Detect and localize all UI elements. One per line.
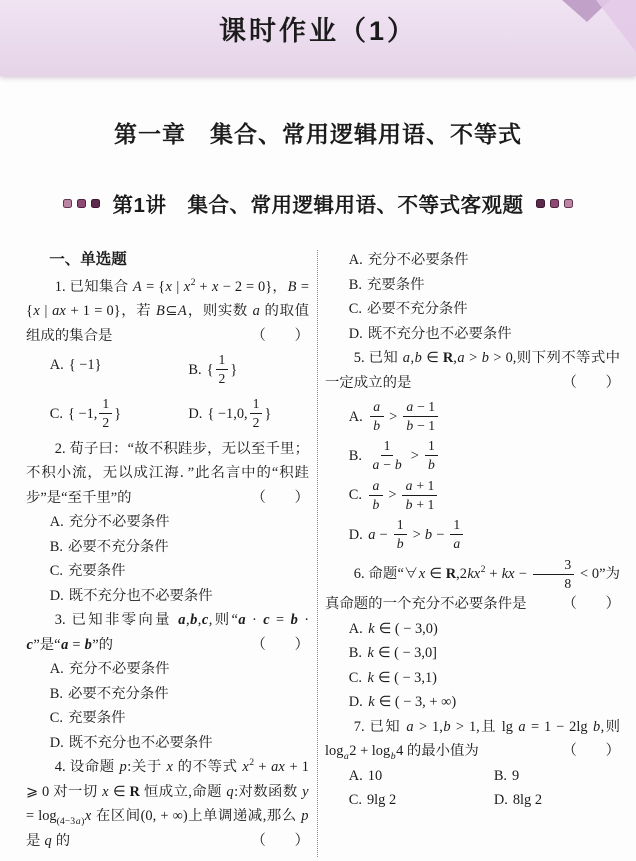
option-b: B.9 (494, 764, 620, 789)
lecture-title-row: 第1讲 集合、常用逻辑用语、不等式客观题 (0, 188, 636, 218)
question-1: 1. 已知集合 A = {x | x2 + x − 2 = 0}，B = {x … (26, 275, 309, 437)
option-b: B.{12} (188, 353, 309, 387)
answer-blank: （ ） (223, 829, 309, 854)
answer-blank: （ ） (223, 633, 309, 658)
option-b: B.k ∈ ( − 3,0] (349, 641, 620, 666)
question-options: A.充分不必要条件 B.充要条件 C.必要不充分条件 D.既不充分也不必要条件 (325, 248, 620, 346)
section-title: 一、单选题 (26, 248, 309, 273)
option-a: A.k ∈ ( − 3,0) (349, 617, 620, 642)
decoration-squares-right (536, 199, 573, 208)
chapter-title: 第一章 集合、常用逻辑用语、不等式 (0, 116, 636, 149)
option-b: B.必要不充分条件 (50, 682, 309, 707)
question-3: 3. 已知非零向量 a,b,c,则“a · c = b · c”是“a = b”… (26, 608, 309, 755)
left-column: 一、单选题 1. 已知集合 A = {x | x2 + x − 2 = 0}，B… (26, 248, 309, 857)
option-a: A.充分不必要条件 (50, 510, 309, 535)
answer-blank: （ ） (223, 486, 309, 511)
option-c: C.充要条件 (50, 559, 309, 584)
option-b: B.1a − b > 1b (349, 439, 620, 473)
question-options: A.充分不必要条件 B.必要不充分条件 C.充要条件 D.既不充分也不必要条件 (26, 657, 309, 755)
square-icon (564, 199, 573, 208)
option-d: D.{ −1,0,12} (188, 397, 309, 431)
page-title: 课时作业（1） (0, 0, 636, 62)
question-6: 6. 命题“∀x ∈ R,2kx2 + kx − 38 < 0”为真命题的一个充… (325, 558, 620, 715)
question-text: 2. 荀子曰：“故不积跬步，无以至千里；不积小流，无以成江海．”此名言中的“积跬… (26, 437, 309, 511)
option-c: C.充要条件 (50, 706, 309, 731)
question-2: 2. 荀子曰：“故不积跬步，无以至千里；不积小流，无以成江海．”此名言中的“积跬… (26, 437, 309, 609)
square-icon (91, 199, 100, 208)
answer-blank: （ ） (534, 371, 620, 396)
question-options: A.{ −1} B.{12} C.{ −1,12} D.{ −1,0,12} (26, 348, 309, 437)
question-options: A.ab > a − 1b − 1 B.1a − b > 1b C.ab > a… (325, 400, 620, 553)
option-d: D.既不充分也不必要条件 (50, 731, 309, 756)
square-icon (536, 199, 545, 208)
option-c: C.{ −1,12} (50, 397, 189, 431)
square-icon (63, 199, 72, 208)
option-d: D.a − 1b > b − 1a (349, 518, 620, 552)
option-d: D.k ∈ ( − 3, + ∞) (349, 690, 620, 715)
option-d: D.8lg 2 (494, 788, 620, 813)
option-d: D.既不充分也不必要条件 (349, 322, 620, 347)
option-a: A.充分不必要条件 (50, 657, 309, 682)
column-divider (317, 250, 318, 857)
lecture-title: 第1讲 集合、常用逻辑用语、不等式客观题 (113, 188, 524, 218)
option-c: C.必要不充分条件 (349, 297, 620, 322)
answer-blank: （ ） (534, 739, 620, 764)
question-options: A.10 B.9 C.9lg 2 D.8lg 2 (325, 764, 620, 813)
option-b: B.必要不充分条件 (50, 535, 309, 560)
question-4-options: A.充分不必要条件 B.充要条件 C.必要不充分条件 D.既不充分也不必要条件 (325, 248, 620, 346)
question-options: A.k ∈ ( − 3,0) B.k ∈ ( − 3,0] C.k ∈ ( − … (325, 617, 620, 715)
question-text: 6. 命题“∀x ∈ R,2kx2 + kx − 38 < 0”为真命题的一个充… (325, 558, 620, 617)
question-text: 4. 设命题 p:关于 x 的不等式 x2 + ax + 1 ⩾ 0 对一切 x… (26, 755, 309, 853)
option-c: C.9lg 2 (349, 788, 494, 813)
question-text: 5. 已知 a,b ∈ R,a > b > 0,则下列不等式中一定成立的是（ ） (325, 346, 620, 395)
worksheet-page: 课时作业（1） 第一章 集合、常用逻辑用语、不等式 第1讲 集合、常用逻辑用语、… (0, 0, 636, 861)
option-d: D.既不充分也不必要条件 (50, 584, 309, 609)
question-text: 1. 已知集合 A = {x | x2 + x − 2 = 0}，B = {x … (26, 275, 309, 349)
square-icon (77, 199, 86, 208)
exercise-body: 一、单选题 1. 已知集合 A = {x | x2 + x − 2 = 0}，B… (26, 248, 620, 857)
question-4: 4. 设命题 p:关于 x 的不等式 x2 + ax + 1 ⩾ 0 对一切 x… (26, 755, 309, 853)
option-a: A.10 (349, 764, 494, 789)
question-7: 7. 已知 a > 1,b > 1,且 lg a = 1 − 2lg b,则 l… (325, 715, 620, 813)
option-a: A.{ −1} (50, 353, 189, 387)
question-options: A.充分不必要条件 B.必要不充分条件 C.充要条件 D.既不充分也不必要条件 (26, 510, 309, 608)
header-banner: 课时作业（1） (0, 0, 636, 76)
option-a: A.充分不必要条件 (349, 248, 620, 273)
answer-blank: （ ） (534, 592, 620, 617)
question-text: 3. 已知非零向量 a,b,c,则“a · c = b · c”是“a = b”… (26, 608, 309, 657)
right-column: A.充分不必要条件 B.充要条件 C.必要不充分条件 D.既不充分也不必要条件 … (325, 248, 620, 857)
option-b: B.充要条件 (349, 273, 620, 298)
option-c: C.k ∈ ( − 3,1) (349, 666, 620, 691)
decoration-squares-left (63, 199, 100, 208)
answer-blank: （ ） (223, 324, 309, 349)
question-text: 7. 已知 a > 1,b > 1,且 lg a = 1 − 2lg b,则 l… (325, 715, 620, 764)
option-a: A.ab > a − 1b − 1 (349, 400, 620, 434)
square-icon (550, 199, 559, 208)
question-5: 5. 已知 a,b ∈ R,a > b > 0,则下列不等式中一定成立的是（ ）… (325, 346, 620, 553)
option-c: C.ab > a + 1b + 1 (349, 479, 620, 513)
